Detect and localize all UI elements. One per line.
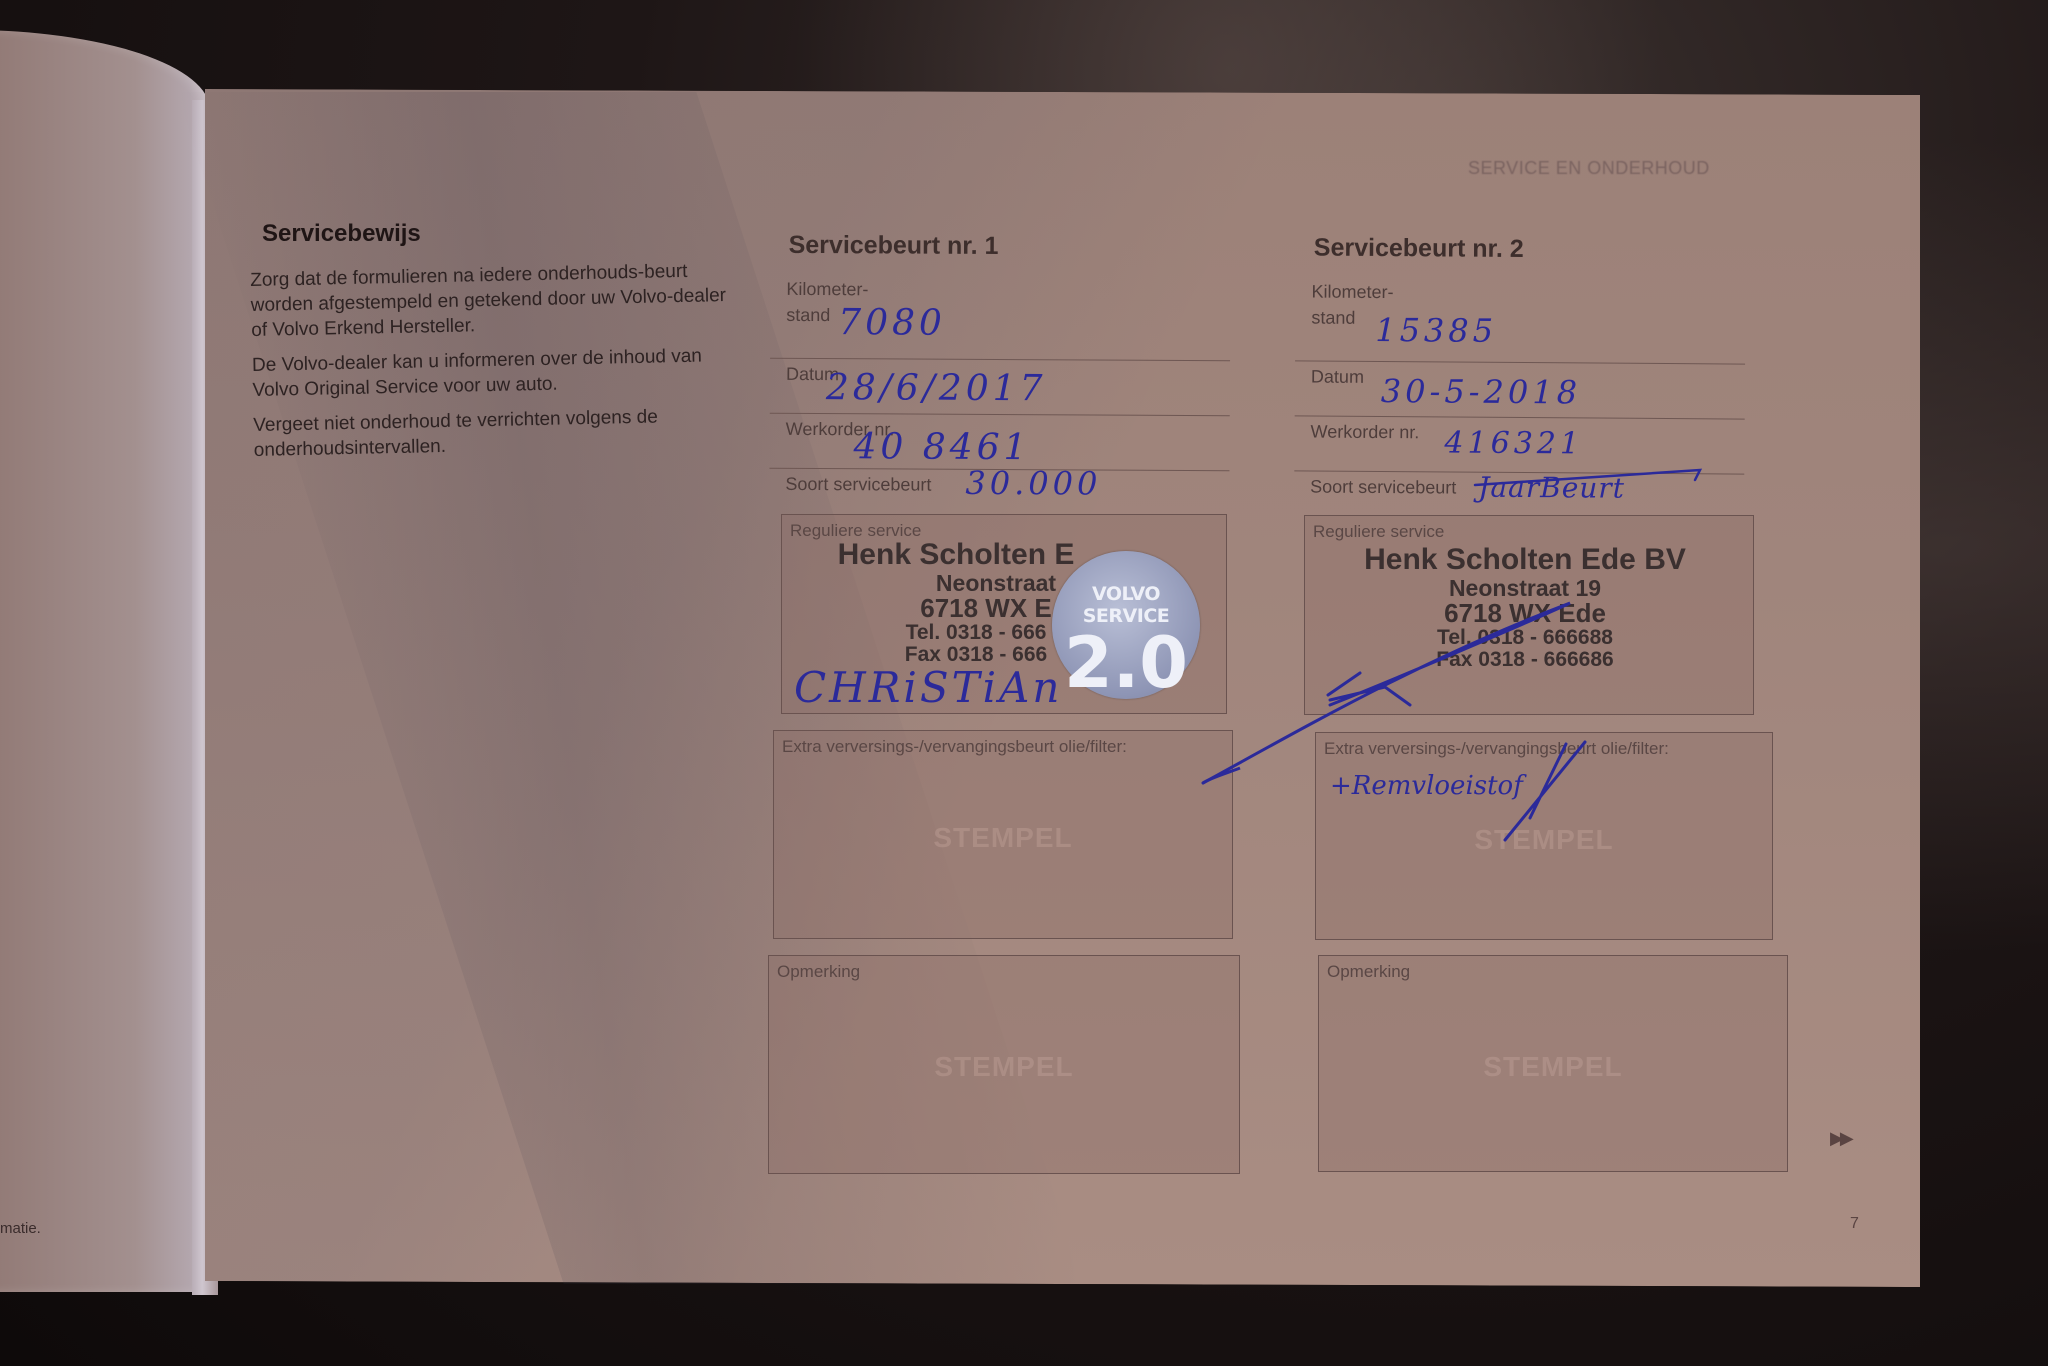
box-label: Opmerking [777,962,860,982]
service-title: Servicebeurt nr. 1 [789,231,1231,262]
left-page-text-fragment: matie. [0,1220,41,1237]
stamp-box-1: Reguliere service Henk Scholten E Neonst… [781,514,1227,714]
signature: CHRiSTiAn [794,663,1062,712]
box-label: Reguliere service [1313,522,1444,542]
stamp-box-2: Reguliere service Henk Scholten Ede BV N… [1304,515,1754,715]
soort-field: Soort servicebeurt 30.000 [769,471,1229,507]
opmerking-box-1: Opmerking STEMPEL [768,955,1240,1174]
datum-field: Datum 28/6/2017 [770,361,1230,416]
intro-paragraph: Zorg dat de formulieren na iedere onderh… [250,258,731,343]
soort-value: 30.000 [965,464,1101,503]
stempel-watermark: STEMPEL [769,1051,1239,1083]
box-label: Extra verversings-/vervangingsbeurt olie… [782,737,1127,757]
werkorder-field: Werkorder nr. 416321 [1294,418,1744,474]
kilometerstand-field: Kilometer-stand 7080 [770,276,1230,361]
field-label: Datum [1311,364,1364,390]
kilometerstand-value: 15385 [1375,311,1497,350]
page-number: 7 [1850,1215,1859,1233]
service-record-1: Servicebeurt nr. 1 Kilometer-stand 7080 … [769,231,1230,507]
stempel-watermark: STEMPEL [774,822,1232,854]
field-label: Soort servicebeurt [1310,474,1456,501]
intro-paragraph: Vergeet niet onderhoud te verrichten vol… [253,403,734,463]
intro-title: Servicebewijs [262,220,421,248]
datum-field: Datum 30-5-2018 [1295,363,1745,419]
werkorder-value: 416321 [1444,425,1583,461]
volvo-service-badge: VOLVO SERVICE 2.0 [1052,551,1200,699]
field-label: Werkorder nr. [1310,419,1419,446]
box-label: Opmerking [1327,962,1410,982]
left-page: matie. [0,30,210,1292]
extra-box-1: Extra verversings-/vervangingsbeurt olie… [773,730,1233,939]
datum-value: 28/6/2017 [826,367,1047,409]
stempel-watermark: STEMPEL [1319,1051,1787,1083]
intro-paragraph: De Volvo-dealer kan u informeren over de… [252,343,733,403]
werkorder-field: Werkorder nr. 40 8461 [769,416,1229,471]
intro-text: Zorg dat de formulieren na iedere onderh… [250,258,734,473]
opmerking-box-2: Opmerking STEMPEL [1318,955,1788,1172]
werkorder-value: 40 8461 [853,426,1030,468]
service-title: Servicebeurt nr. 2 [1314,234,1746,266]
soort-field: Soort servicebeurt JaarBeurt [1294,473,1744,510]
stempel-watermark: STEMPEL [1316,824,1772,856]
extra-note: +Remvloeistof [1330,771,1523,801]
datum-value: 30-5-2018 [1381,372,1581,411]
extra-box-2: Extra verversings-/vervangingsbeurt olie… [1315,732,1773,940]
service-record-2: Servicebeurt nr. 2 Kilometer-stand 15385… [1294,233,1746,510]
dealer-stamp: Henk Scholten Ede BV Neonstraat 19 6718 … [1325,544,1725,671]
soort-value: JaarBeurt [1478,471,1625,505]
section-header: SERVICE EN ONDERHOUD [1468,158,1710,179]
next-page-icon: ▶▶ [1830,1128,1850,1149]
field-label: Soort servicebeurt [785,471,931,498]
kilometerstand-value: 7080 [838,302,946,344]
box-label: Extra verversings-/vervangingsbeurt olie… [1324,739,1669,759]
kilometerstand-field: Kilometer-stand 15385 [1295,278,1746,364]
